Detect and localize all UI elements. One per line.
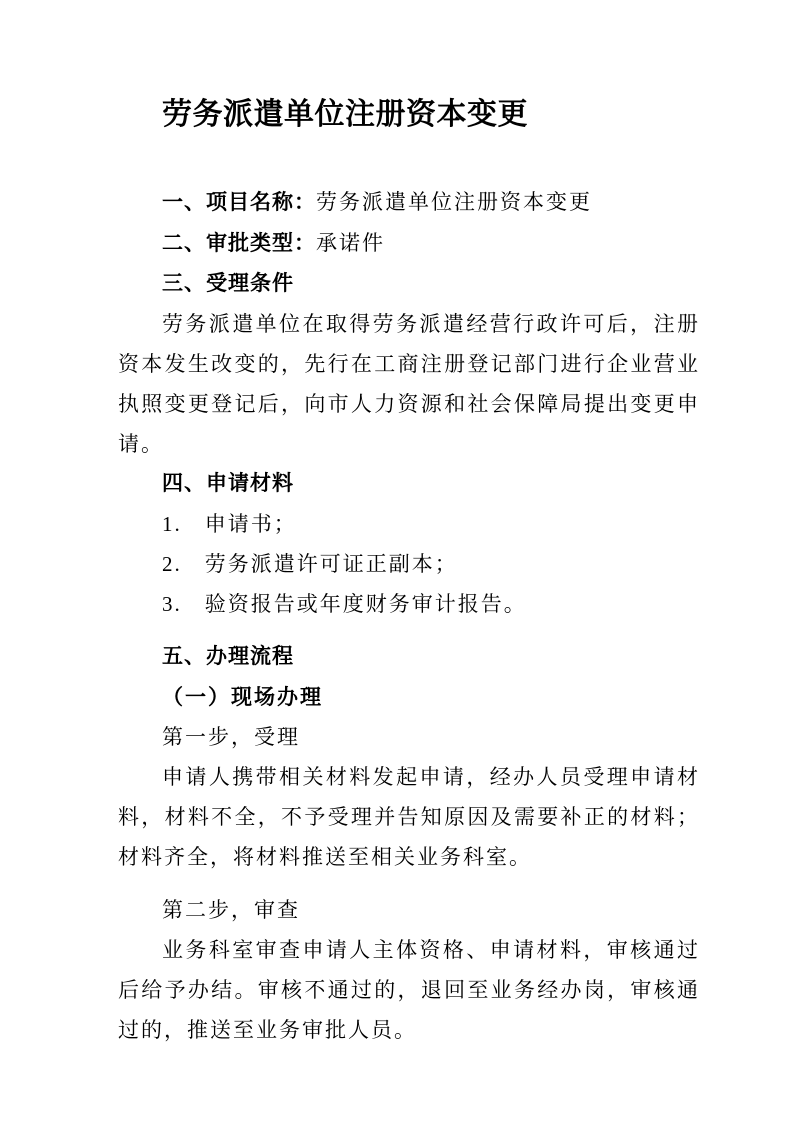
document-page: 劳务派遣单位注册资本变更 一、项目名称：劳务派遣单位注册资本变更 二、审批类型：… [0, 0, 793, 1122]
acceptance-conditions-paragraph: 劳务派遣单位在取得劳务派遣经营行政许可后，注册资本发生改变的，先行在工商注册登记… [118, 304, 700, 464]
onsite-processing-subheading: （一）现场办理 [162, 677, 700, 717]
step-1-title: 第一步，受理 [162, 717, 700, 757]
material-item-2: 2. 劳务派遣许可证正副本； [162, 544, 700, 584]
project-name-line: 一、项目名称：劳务派遣单位注册资本变更 [162, 182, 700, 223]
document-title: 劳务派遣单位注册资本变更 [162, 97, 700, 133]
material-item-1: 1. 申请书； [162, 504, 700, 544]
step-2-body: 业务科室审查申请人主体资格、申请材料，审核通过后给予办结。审核不通过的，退回至业… [118, 930, 700, 1050]
step-1-body: 申请人携带相关材料发起申请，经办人员受理申请材料，材料不全，不予受理并告知原因及… [118, 757, 700, 877]
step-2-title: 第二步，审查 [162, 890, 700, 930]
approval-type-label: 二、审批类型： [162, 232, 316, 255]
project-name-label: 一、项目名称： [162, 191, 316, 214]
material-item-3: 3. 验资报告或年度财务审计报告。 [162, 584, 700, 624]
application-materials-heading: 四、申请材料 [162, 464, 700, 504]
project-name-value: 劳务派遣单位注册资本变更 [316, 190, 592, 214]
process-heading: 五、办理流程 [162, 637, 700, 677]
approval-type-line: 二、审批类型：承诺件 [162, 223, 700, 264]
approval-type-value: 承诺件 [316, 231, 385, 255]
acceptance-conditions-heading: 三、受理条件 [162, 264, 700, 304]
